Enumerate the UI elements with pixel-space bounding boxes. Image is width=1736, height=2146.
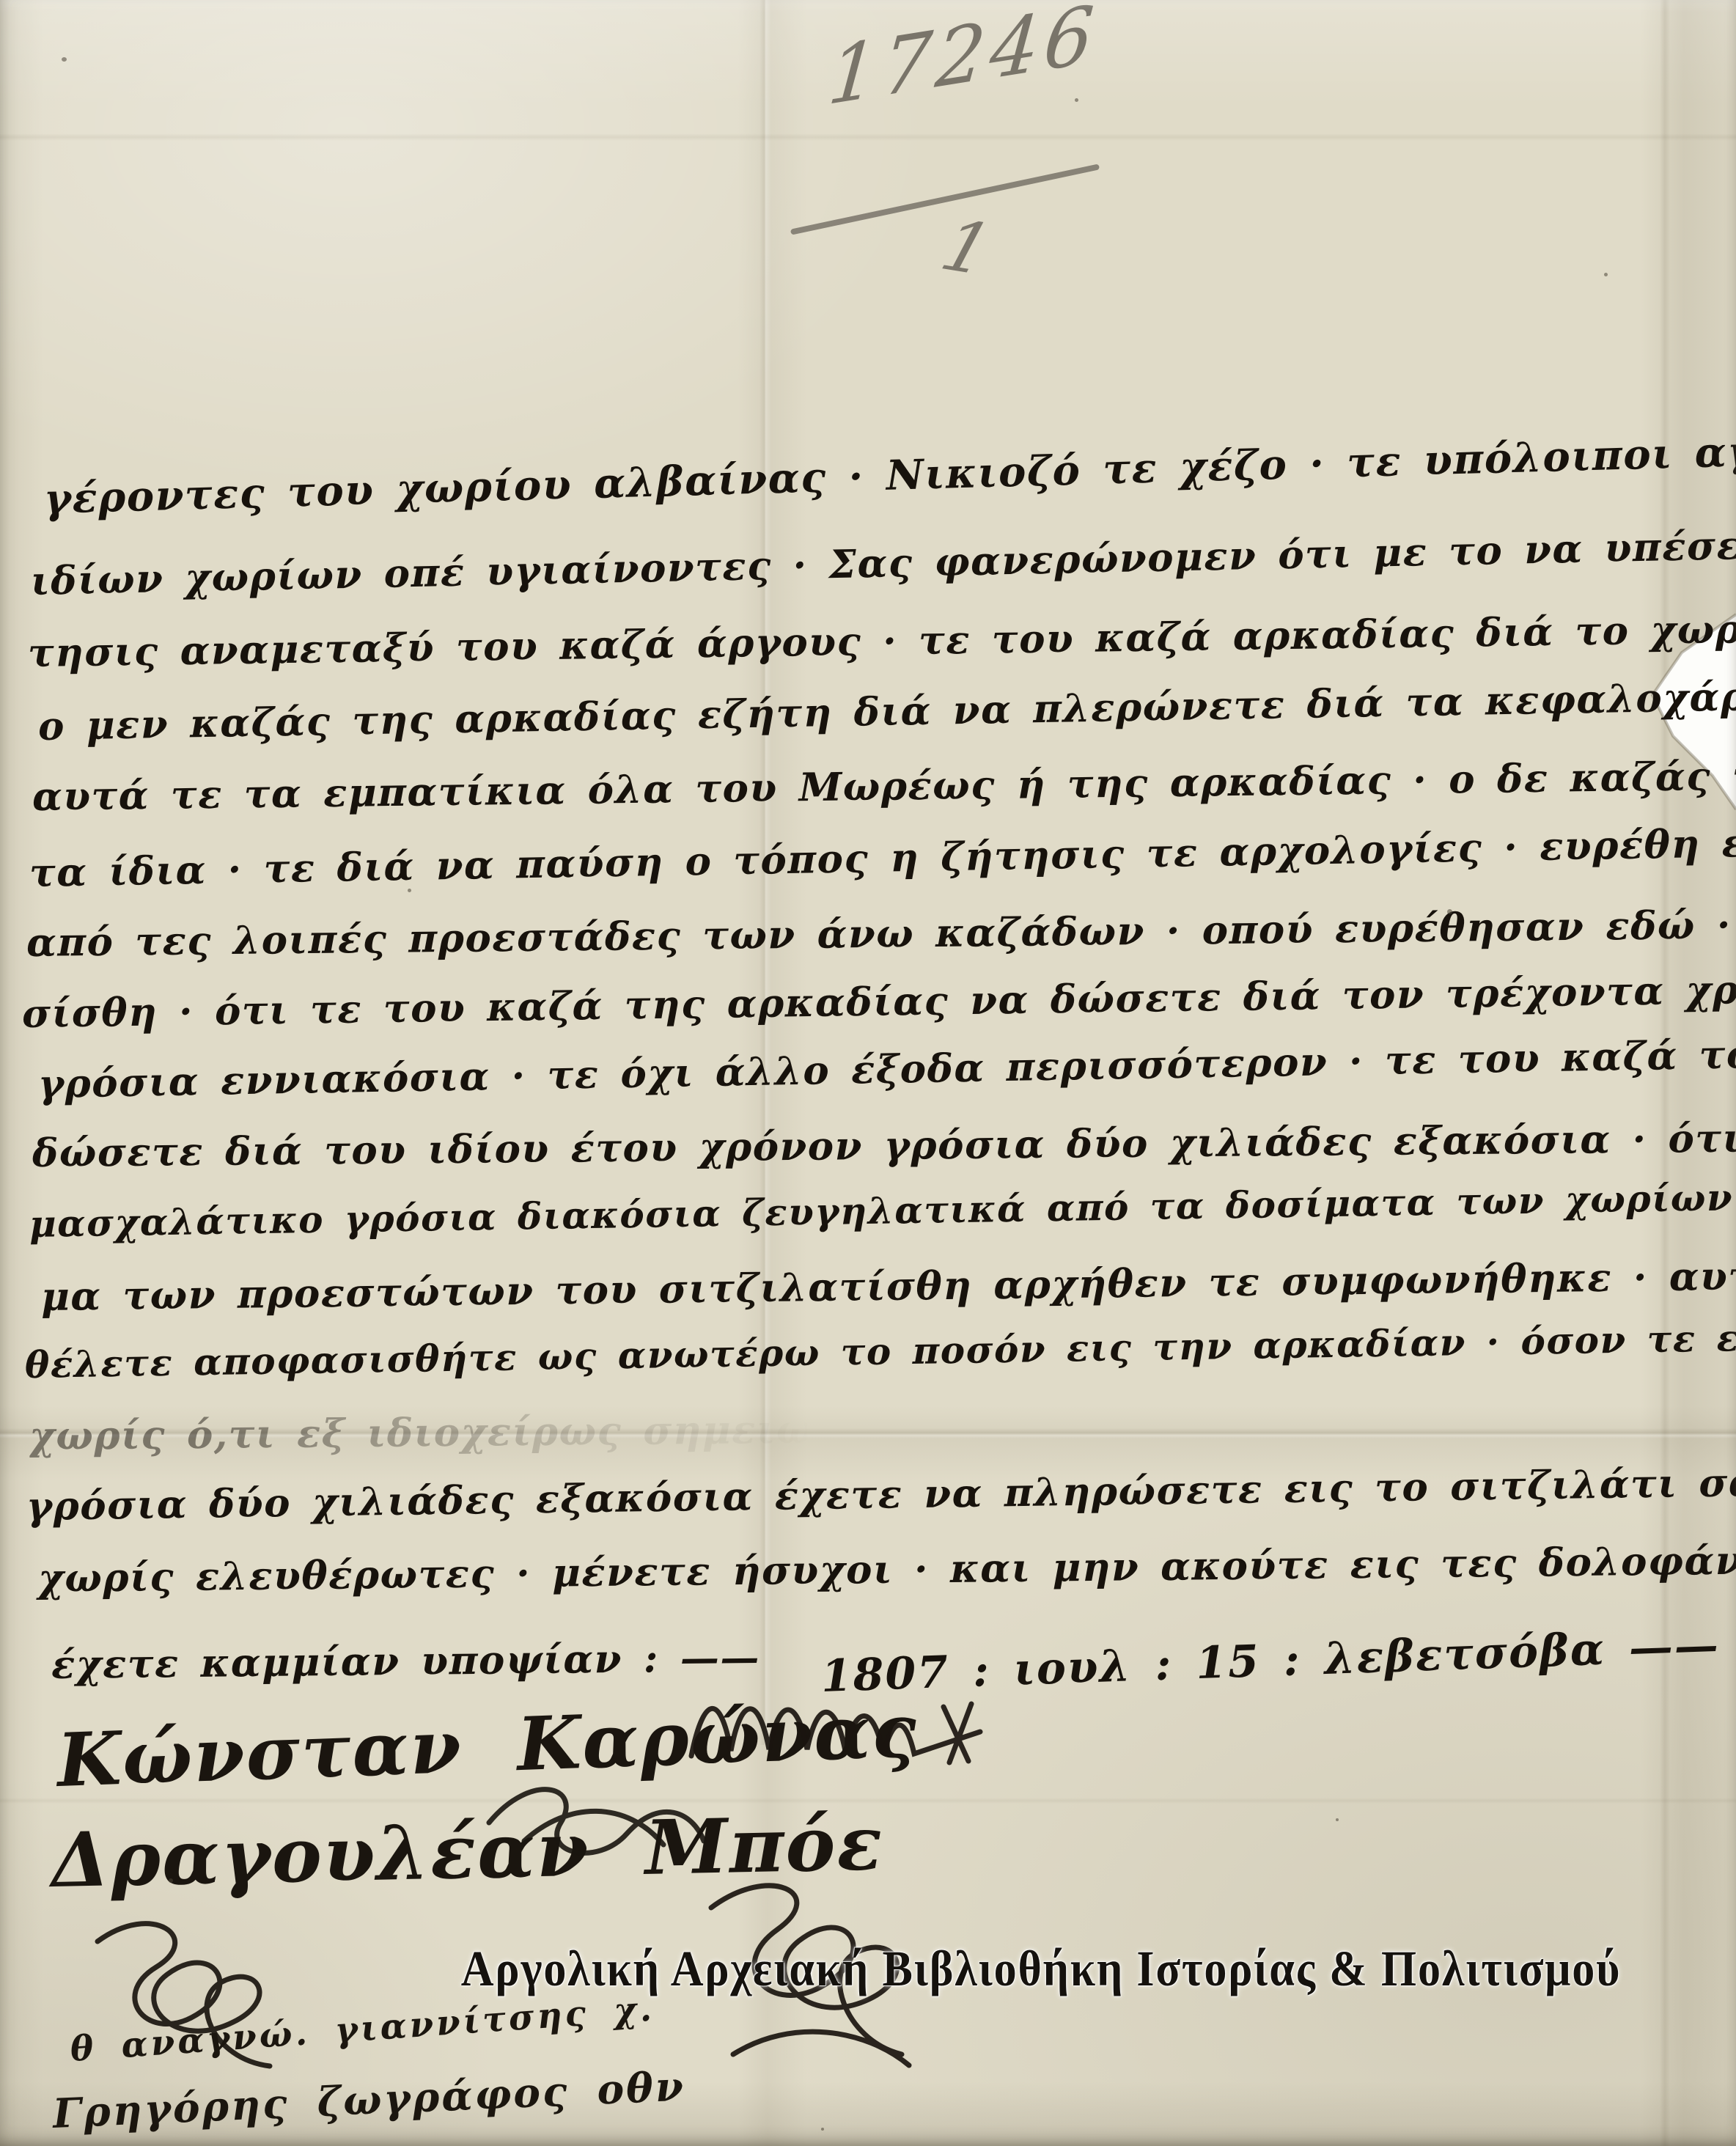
manuscript-line-faded: χωρίς ό,τι εξ ιδιοχείρως σημειωθέν —: [29, 1405, 956, 1459]
paper-speck: [169, 1878, 173, 1883]
paper-speck: [1447, 909, 1452, 914]
paper-speck: [1075, 98, 1078, 102]
paper-speck: [408, 889, 411, 892]
scanned-letter-page: 17246 1 γέροντες του χωρίου αλβαίνας · Ν…: [0, 0, 1736, 2146]
paper-speck: [1604, 273, 1608, 276]
paper-speck: [821, 2128, 824, 2131]
paper-speck: [1336, 1818, 1339, 1821]
signature-2: Δραγουλέαν Μπόε: [51, 1799, 885, 1905]
closing-line: έχετε καμμίαν υποψίαν : ——: [51, 1635, 760, 1688]
paper-speck: [62, 57, 67, 62]
